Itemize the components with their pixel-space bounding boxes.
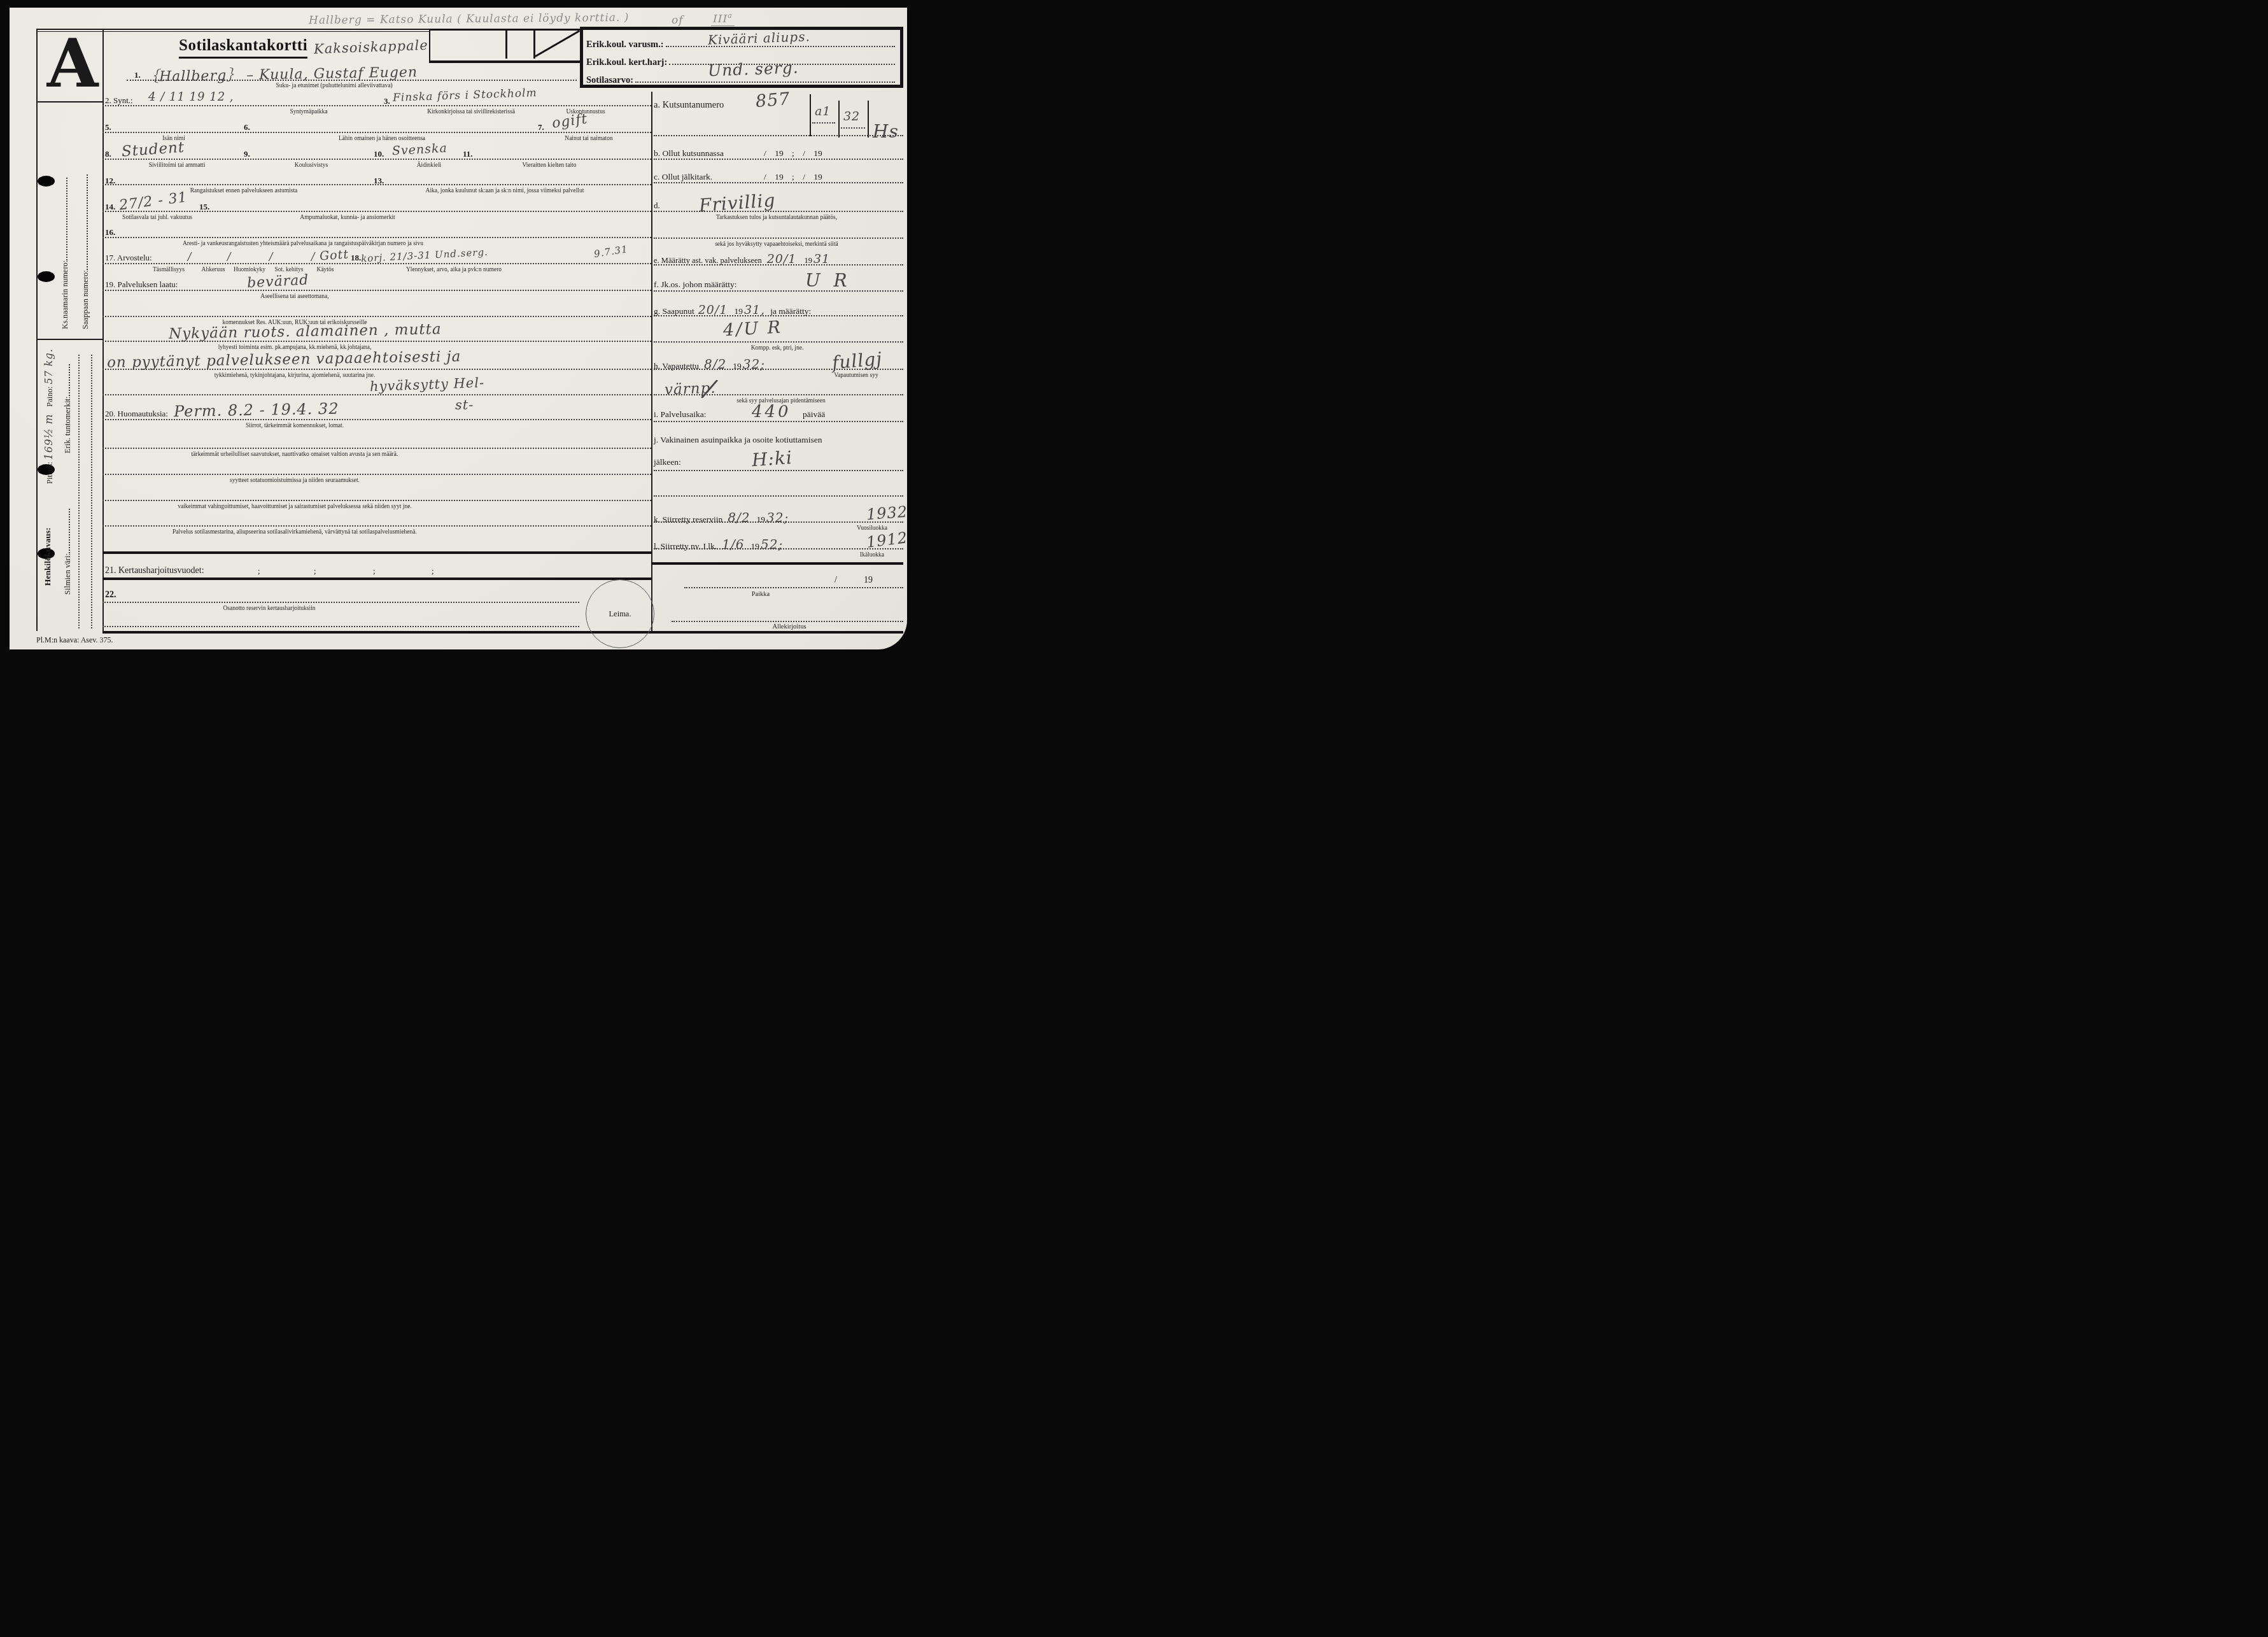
- fieldF-label: f. Jk.os. johon määrätty:: [654, 280, 736, 290]
- promotion-value: korj. 21/3-31 Und.serg.: [361, 246, 489, 264]
- grade-slash-3: /: [269, 250, 273, 262]
- fieldA-divider-2: [838, 101, 840, 138]
- transfers-sublabel: Siirrot, tärkeimmät komennukset, lomat.: [225, 423, 365, 429]
- height-value: 169½ m: [43, 414, 55, 460]
- row2-line: [102, 105, 651, 106]
- form-code: Pl.M:n kaava: Asev. 375.: [36, 635, 113, 645]
- fieldL-date-hw1: 1/6: [722, 537, 744, 552]
- row14-line: [102, 211, 651, 212]
- fieldD-line2: [654, 237, 903, 239]
- row8-line: [102, 159, 651, 160]
- gasmask-number-text: Ks.naamarin numero:: [60, 260, 69, 329]
- fieldC-dates: / 19 ; / 19: [764, 172, 822, 182]
- margin-dotted-line-2: [91, 355, 92, 628]
- height-weight-lane: Pituus: 169½ m Paino: 57 kg.: [43, 348, 55, 484]
- field7-number: 7.: [538, 122, 544, 132]
- fieldK-date-hw1: 8/2: [728, 510, 750, 525]
- education-sublabel: Koulusivistys: [273, 162, 349, 169]
- stamp-label: Leima.: [609, 609, 631, 619]
- right-column-rule: [651, 92, 652, 631]
- service-days-value: 440: [752, 402, 791, 422]
- row17-line: [102, 263, 651, 264]
- row20-line: [102, 419, 651, 420]
- signature-sublabel: Allekirjoitus: [748, 623, 831, 630]
- ageclass-sublabel: Ikäluokka: [840, 552, 904, 558]
- unit-assigned-value: U R: [805, 270, 851, 291]
- punch-hole-2: [38, 271, 55, 282]
- row21-thick-rule: [102, 578, 651, 580]
- fieldA-label: a. Kutsuntanumero: [654, 100, 724, 111]
- fieldA-line: [654, 135, 903, 136]
- sport-line: [102, 448, 651, 449]
- fieldK-label: k. Siirretty reserviin: [654, 514, 722, 525]
- signature-date-slash: /: [835, 576, 837, 586]
- row22-line: [102, 602, 579, 603]
- shooting-sublabel: Ampumaluokat, kunnia- ja ansiomerkit: [271, 215, 424, 221]
- grade-slash-2: /: [227, 250, 231, 262]
- special-marks-text: Erik. tuntomerkit:: [63, 396, 72, 453]
- reserve-training-sublabel: Osanotto reservin kertausharjoituksiin: [193, 606, 346, 612]
- signature-line: [672, 621, 903, 622]
- stamp-grid-divider-2: [533, 31, 535, 59]
- fieldJ-label2: jälkeen:: [654, 457, 681, 467]
- name-sublabel: Suku- ja etunimet (puhuttelunimi allevii…: [220, 83, 449, 89]
- promotion-value-2: 9.7.31: [593, 243, 629, 260]
- rightcol-thick-rule: [651, 562, 903, 565]
- remark-hw-line4: st-: [455, 397, 474, 413]
- stamp-circle: Leima.: [586, 579, 654, 648]
- gunner-sublabel: tykkimiehenä, tykinjohtajana, kirjurina,…: [187, 372, 403, 379]
- fieldA-cell3: Hs: [873, 121, 899, 142]
- fieldK-row: k. Siirretty reserviin 8/2 19 32;: [654, 510, 845, 525]
- remark-hw-line3: hyväksytty Hel-: [370, 375, 485, 394]
- erik-varusm-label: Erik.koul. varusm.:: [586, 39, 664, 50]
- grade-slash-4: /: [311, 250, 315, 262]
- parish-sublabel: Kirkonkirjoissa tai siviilirekisterissä: [391, 109, 551, 115]
- weight-label: Paino:: [45, 386, 54, 407]
- remark-hw-line2: on pyytänyt palvelukseen vapaaehtoisesti…: [107, 348, 461, 371]
- fieldJ-label: j. Vakinainen asuinpaikka ja osoite koti…: [654, 435, 822, 445]
- fieldL-row: l. Siirretty nv. I lk. 1/6 19 52;: [654, 537, 845, 552]
- field8-number: 8.: [105, 149, 111, 159]
- fieldA-cell1: a1: [815, 104, 831, 118]
- varnp-line: [654, 394, 903, 395]
- fieldI-line: [654, 421, 903, 422]
- class-roman-note: IIIa: [711, 11, 735, 26]
- punctuality-sublabel: Täsmällisyys: [140, 267, 197, 273]
- fieldA-divider-3: [868, 101, 869, 138]
- company-sublabel: Kompp. esk, ptri, jne.: [714, 345, 841, 351]
- name-value: ｛Hallberg｝ – Kuula, Gustaf Eugen: [144, 61, 418, 85]
- fieldL-line: [654, 548, 903, 549]
- eye-color-text: Silmien väri:: [63, 553, 72, 595]
- company-value: 4/U R: [722, 318, 782, 341]
- margin-dotted-line-1: [78, 355, 80, 628]
- oath-date-value: 27/2 - 31: [118, 190, 188, 214]
- field10-number: 10.: [374, 149, 384, 159]
- name-line: [127, 80, 577, 81]
- fieldC-line: [654, 182, 903, 183]
- birthdate-value: 4 / 11 19 12 ,: [148, 90, 234, 104]
- fieldB-dates: / 19 ; / 19: [764, 148, 822, 159]
- service-type-value: bevärad: [246, 272, 309, 291]
- reserve-year-value: 1932: [866, 503, 907, 523]
- row19-line: [102, 290, 651, 291]
- title-hw-suffix: Kaksoiskappale: [314, 38, 428, 57]
- top-pencil-mark: of: [672, 14, 684, 27]
- field21-sep4: ;: [432, 566, 434, 576]
- home-address-value: H:ki: [751, 447, 793, 471]
- row19c-line: [102, 341, 651, 342]
- fieldA-cell2: 32: [843, 110, 860, 124]
- sport-sublabel: tärkeimmät urheilulliset saavutukset, na…: [167, 451, 422, 458]
- stamp-grid-divider-1: [505, 31, 507, 59]
- field22-number: 22.: [105, 590, 116, 600]
- field19-label: 19. Palveluksen laatu:: [105, 280, 178, 290]
- punch-hole-1: [38, 176, 55, 187]
- boot-number-text: Saappaan numero:: [81, 270, 90, 329]
- erik-kertharj-label: Erik.koul. kert.harj:: [586, 57, 667, 68]
- conduct-sublabel: Käytös: [306, 267, 344, 273]
- release-reason-sublabel: Vapautumisen syy: [812, 372, 901, 379]
- field9-number: 9.: [244, 149, 250, 159]
- profession-sublabel: Siviilitoimi tai ammatti: [134, 162, 220, 169]
- fieldB-label: b. Ollut kutsunnassa: [654, 148, 724, 159]
- injury-sublabel: vaikeimmat vahingoittumiset, haavoittumi…: [161, 504, 428, 510]
- row19d-line: [102, 369, 651, 370]
- height-label: Pituus:: [45, 462, 54, 484]
- court-line: [102, 474, 651, 475]
- fieldE-line: [654, 264, 903, 266]
- grade-slash-1: /: [188, 250, 192, 262]
- gasmask-number-label: Ks.naamarin numero:: [60, 178, 70, 329]
- mothertongue-sublabel: Äidinkieli: [397, 162, 461, 169]
- class-roman: III: [713, 13, 728, 25]
- fieldL-label: l. Siirretty nv. I lk.: [654, 541, 717, 551]
- row16-line: [102, 237, 651, 238]
- card-paper: Hallberg = Katso Kuula ( Kuulasta ei löy…: [10, 8, 907, 649]
- fieldC-label: c. Ollut jälkitark.: [654, 172, 712, 182]
- fieldA-divider-1: [810, 94, 811, 136]
- fieldJ-line: [654, 470, 903, 471]
- boot-number-label: Saappaan numero:: [81, 174, 90, 329]
- fieldB-line: [654, 159, 903, 160]
- marital-sublabel: Nainut tai naimaton: [547, 136, 630, 142]
- special-marks-line: [69, 364, 70, 396]
- fieldJ-line2: [654, 495, 903, 497]
- promotions-sublabel: Ylennykset, arvo, aika ja pvk:n numero: [387, 267, 521, 273]
- row12-line: [102, 184, 651, 185]
- place-sublabel: Paikka: [729, 591, 792, 598]
- oath-sublabel: Sotilasvala tai juhl. vakuutus: [106, 215, 208, 221]
- fieldH-line: [654, 369, 903, 370]
- field18-number: 18.: [351, 253, 361, 263]
- field11-number: 11.: [463, 149, 473, 159]
- language-value: Svenska: [391, 141, 447, 159]
- fieldA-cell1-line: [812, 122, 835, 124]
- field21-sep1: ;: [258, 566, 260, 576]
- fieldG-line: [654, 315, 903, 316]
- fieldF-line: [654, 290, 903, 292]
- volunteer-sublabel: sekä jos hyväksytty vapaaehtoiseksi, mer…: [672, 241, 882, 248]
- fieldK-date-hw2: 32;: [766, 510, 789, 525]
- fieldI-label: i. Palvelusaika:: [654, 409, 706, 420]
- gasmask-number-line: [66, 178, 67, 260]
- field5-number: 5.: [105, 122, 111, 132]
- injury-line: [102, 500, 651, 501]
- page-title: Sotilaskantakortti: [179, 37, 307, 59]
- class-letter: a: [728, 11, 733, 20]
- company-line: [654, 341, 903, 343]
- top-pencil-note: Hallberg = Katso Kuula ( Kuulasta ei löy…: [309, 11, 630, 27]
- profession-value: Student: [121, 139, 185, 160]
- field2-label: 2. Synt.:: [105, 96, 133, 106]
- civilguard-sublabel: Aika, jonka kuulunut sk:aan ja sk:n nimi…: [403, 188, 607, 194]
- inspection-sublabel: Tarkastuksen tulos ja kutsuntalautakunna…: [672, 215, 882, 221]
- fieldK-line: [654, 521, 903, 523]
- fieldK-printed-19: 19: [757, 514, 766, 525]
- fieldL-printed-19: 19: [750, 541, 759, 551]
- scanned-military-record-card: Hallberg = Katso Kuula ( Kuulasta ei löy…: [0, 0, 907, 655]
- sotilasarvo-value: Und. serg.: [708, 59, 799, 80]
- service-days-unit: päivää: [803, 409, 825, 420]
- margin-mid-rule: [36, 339, 102, 340]
- left-column-rule: [36, 29, 38, 631]
- fieldA-cell2-line: [841, 127, 865, 129]
- signature-date-19: 19: [864, 576, 873, 586]
- court-sublabel: syytteet sotatuomioistuimissa ja niiden …: [212, 478, 377, 484]
- boot-number-line: [87, 174, 88, 270]
- field17-label: 17. Arvostelu:: [105, 253, 152, 263]
- fieldL-date-hw2: 52;: [761, 537, 783, 552]
- place-line: [684, 587, 903, 588]
- field16-number: 16.: [105, 227, 115, 237]
- person-description-text: Henkilökuvaus:: [43, 527, 52, 586]
- row22b-line: [102, 626, 579, 627]
- service-sublabel: Palvelus sotilasmestarina, aliupseerina …: [161, 529, 428, 535]
- fieldD-number: d.: [654, 201, 660, 211]
- field20-label: 20. Huomautuksia:: [105, 409, 168, 419]
- eye-color-label: Silmien väri:: [63, 509, 73, 595]
- conduct-grade-value: Gott: [319, 247, 349, 263]
- row5-line: [102, 132, 651, 133]
- weight-value: 57 kg.: [43, 348, 55, 384]
- sotilasarvo-label: Sotilasarvo:: [586, 75, 633, 86]
- field1-number: 1.: [134, 70, 141, 80]
- special-marks-label: Erik. tuntomerkit:: [63, 364, 73, 453]
- service-line: [102, 525, 651, 527]
- field21-sep3: ;: [373, 566, 376, 576]
- parish-value: Finska förs i Stockholm: [393, 87, 537, 104]
- arrest-sublabel: Aresti- ja vankeusrangaistusten yhteismä…: [144, 241, 462, 247]
- row19e-line: [102, 394, 651, 395]
- person-description-header: Henkilökuvaus:: [43, 527, 53, 586]
- eye-color-line: [69, 509, 70, 553]
- field6-number: 6.: [244, 122, 250, 132]
- a-column-rule: [102, 29, 104, 631]
- conscription-number: 857: [755, 89, 791, 112]
- languages-sublabel: Vieraitten kielten taito: [506, 162, 593, 169]
- main-bottom-thick-rule: [102, 551, 651, 554]
- fieldD-line: [654, 211, 903, 212]
- card-bottom-thick-rule: [102, 631, 903, 634]
- birthplace-sublabel: Syntymäpaikka: [264, 109, 353, 115]
- field21-label: 21. Kertausharjoitusvuodet:: [105, 566, 204, 576]
- armed-sublabel: Aseellisena tai aseettomana,: [231, 294, 358, 300]
- row19b-line: [102, 316, 651, 317]
- card-letter-a: A: [43, 25, 102, 101]
- remarks-value: Perm. 8.2 - 19.4. 32: [174, 400, 339, 421]
- field21-sep2: ;: [314, 566, 316, 576]
